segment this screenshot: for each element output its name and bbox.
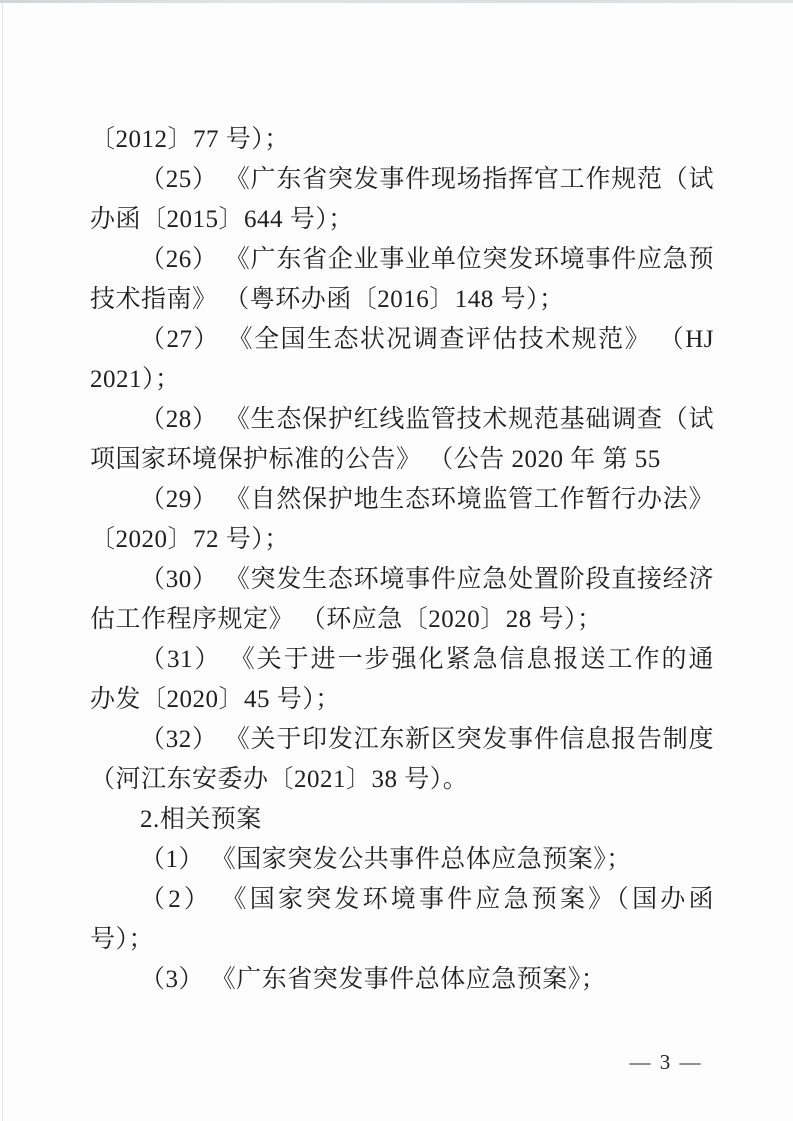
text-line: （25） 《广东省突发事件现场指挥官工作规范（试行）》（粤: [90, 160, 714, 200]
scan-top-edge-artifact: [0, 0, 793, 3]
text-line: （28） 《生态保护红线监管技术规范基础调查（试行）等七: [90, 400, 714, 440]
text-line: 〔2012〕77 号）；: [90, 120, 714, 160]
text-line: （31） 《关于进一步强化紧急信息报送工作的通知》（河委: [90, 640, 714, 680]
text-line: 技术指南》 （粤环办函〔2016〕148 号）；: [90, 280, 714, 320]
text-line: （1） 《国家突发公共事件总体应急预案》；: [90, 840, 714, 880]
text-line: （32） 《关于印发江东新区突发事件信息报告制度的通知》: [90, 720, 714, 760]
text-line: （26） 《广东省企业事业单位突发环境事件应急预案评审: [90, 240, 714, 280]
page-number: — 3 —: [618, 1048, 714, 1076]
text-line: 〔2020〕72 号）；: [90, 520, 714, 560]
scan-left-edge-artifact: [2, 3, 3, 1121]
document-page: 〔2012〕77 号）；（25） 《广东省突发事件现场指挥官工作规范（试行）》（…: [0, 0, 793, 1121]
text-line: 办发〔2020〕45 号）；: [90, 680, 714, 720]
text-line: 办函〔2015〕644 号）；: [90, 200, 714, 240]
text-line: （30） 《突发生态环境事件应急处置阶段直接经济损失评: [90, 560, 714, 600]
text-line: （27） 《全国生态状况调查评估技术规范》 （HJ 1174—: [90, 320, 714, 360]
text-line: 2.相关预案: [90, 800, 714, 840]
text-line: （3） 《广东省突发事件总体应急预案》；: [90, 960, 714, 1000]
document-body: 〔2012〕77 号）；（25） 《广东省突发事件现场指挥官工作规范（试行）》（…: [90, 120, 714, 1000]
text-line: 项国家环境保护标准的公告》 （公告 2020 年 第 55 号）；: [90, 440, 714, 480]
text-line: 估工作程序规定》 （环应急〔2020〕28 号）；: [90, 600, 714, 640]
text-line: 2021）；: [90, 360, 714, 400]
text-line: （29） 《自然保护地生态环境监管工作暂行办法》（环生态: [90, 480, 714, 520]
text-line: 号）；: [90, 920, 714, 960]
text-line: （河江东安委办〔2021〕38 号）。: [90, 760, 714, 800]
text-line: （2） 《国家突发环境事件应急预案》（国办函〔2014〕119: [90, 880, 714, 920]
